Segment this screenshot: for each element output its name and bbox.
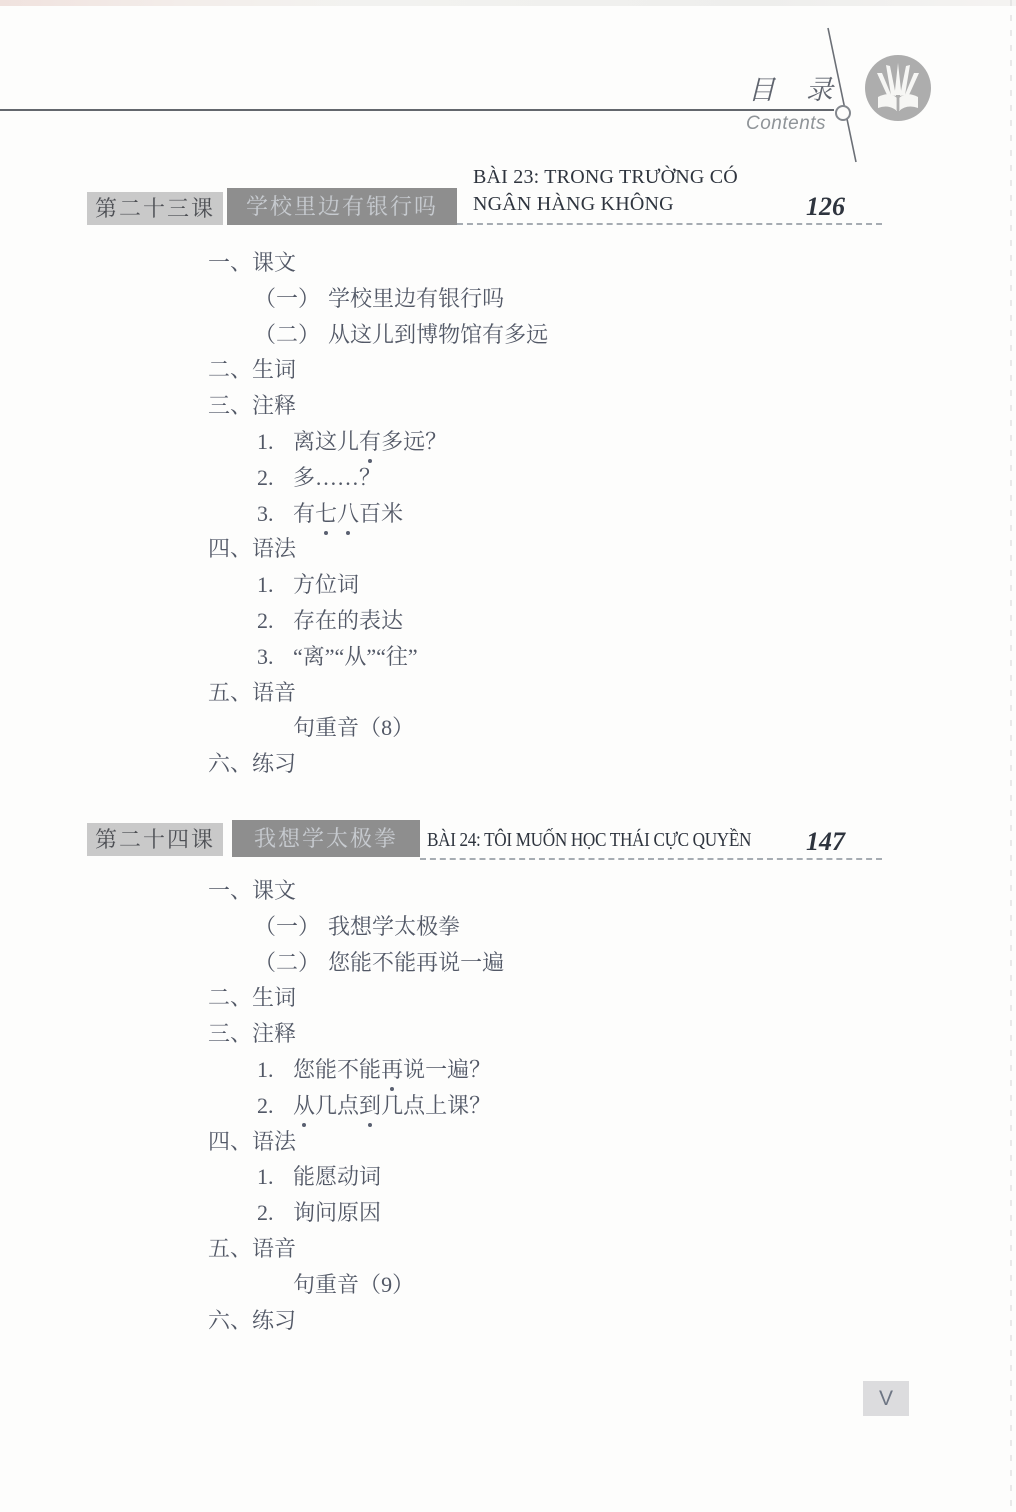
toc-item-text: 注释 [252,393,296,418]
toc-item-number: 三、 [208,393,252,418]
toc-item-number: 四、 [208,1129,252,1154]
toc-item-text: 句重音（8） [293,715,414,740]
toc-item: 一、课文 [208,874,768,910]
toc-item: 1.能愿动词 [208,1160,768,1196]
toc-item-number: （一） [254,914,320,939]
lesson-23-toc-list: 一、课文（一）学校里边有银行吗（二）从这儿到博物馆有多远二、生词三、注释1.离这… [208,246,768,783]
toc-item-number: 1. [257,572,281,598]
toc-item-number: （二） [254,950,320,975]
lesson-24-dotted-rule [420,858,882,860]
toc-item-number: 四、 [208,536,252,561]
toc-item-number: 3. [257,644,281,670]
toc-item: 六、练习 [208,1304,768,1340]
toc-item-text: 离这儿有多远？ [293,429,447,454]
toc-item: 2.存在的表达 [208,604,768,640]
toc-item-text: 从这儿到博物馆有多远 [328,322,548,347]
toc-item-number: 2. [257,465,281,491]
toc-item-text: “离”“从”“往” [293,644,418,669]
toc-item: 句重音（9） [208,1268,768,1304]
toc-item-number: 1. [257,429,281,455]
toc-item-number: 二、 [208,357,252,382]
toc-item-number: 二、 [208,985,252,1010]
toc-item-text: 询问原因 [293,1200,381,1225]
toc-item-text: 注释 [252,1021,296,1046]
toc-item-number: 2. [257,608,281,634]
toc-item-text: 课文 [252,250,296,275]
toc-item: 2.从几点到几点上课？ [208,1089,768,1125]
toc-item: 1.离这儿有多远？ [208,425,768,461]
publisher-book-logo-icon [863,53,933,123]
toc-item-number: 1. [257,1057,281,1083]
toc-item-text: 有七八百米 [293,501,403,526]
toc-item-number: 六、 [208,751,252,776]
toc-item-text: 我想学太极拳 [328,914,460,939]
toc-item-number: 一、 [208,250,252,275]
toc-item: 四、语法 [208,532,768,568]
toc-item-text: 多……？ [293,465,381,490]
toc-item-text: 方位词 [293,572,359,597]
scan-edge-artifact-right [1010,0,1012,1512]
lesson-24-title-box: 我想学太极拳 [232,820,420,857]
lesson-23-dotted-rule [457,223,882,225]
toc-item-number: 五、 [208,1236,252,1261]
toc-item-text: 语音 [252,680,296,705]
scanned-toc-page: 目 录 Contents 第二十三课 学校里边有银行吗 BÀI 23: TRON… [0,0,1016,1512]
toc-item: 三、注释 [208,389,768,425]
toc-item-number: 六、 [208,1308,252,1333]
toc-item-text: 学校里边有银行吗 [328,286,504,311]
toc-item: 句重音（8） [208,711,768,747]
toc-item-number: 2. [257,1093,281,1119]
lesson-23-vietnamese-title-line1: BÀI 23: TRONG TRƯỜNG CÓ [473,164,738,190]
lesson-23-number-box: 第二十三课 [87,192,223,225]
toc-item-number: 3. [257,501,281,527]
toc-item: 1.您能不能再说一遍？ [208,1053,768,1089]
page-number-badge: V [863,1381,909,1416]
toc-item: （二）您能不能再说一遍 [208,946,768,982]
toc-item-number: 1. [257,1164,281,1190]
toc-item: （一）学校里边有银行吗 [208,282,768,318]
toc-item-text: 存在的表达 [293,608,403,633]
scan-edge-artifact-top [0,0,1016,6]
toc-item-text: 句重音（9） [293,1272,414,1297]
toc-item-text: 能愿动词 [293,1164,381,1189]
toc-item-number: 三、 [208,1021,252,1046]
toc-item-number: （二） [254,322,320,347]
toc-item-text: 从几点到几点上课？ [293,1093,491,1118]
toc-item-text: 生词 [252,357,296,382]
toc-item-text: 语法 [252,1129,296,1154]
lesson-24-toc-list: 一、课文（一）我想学太极拳（二）您能不能再说一遍二、生词三、注释1.您能不能再说… [208,874,768,1339]
lesson-24-number-box: 第二十四课 [87,823,223,856]
toc-item-number: 2. [257,1200,281,1226]
toc-item-text: 练习 [252,751,296,776]
lesson-23-title-box: 学校里边有银行吗 [227,188,457,225]
toc-item-text: 您能不能再说一遍？ [293,1057,491,1082]
lesson-23-vietnamese-title-line2: NGÂN HÀNG KHÔNG [473,191,674,217]
toc-item-number: 五、 [208,680,252,705]
toc-item: 五、语音 [208,676,768,712]
toc-item-text: 语音 [252,1236,296,1261]
toc-item: 二、生词 [208,981,768,1017]
toc-item: 2.多……？ [208,461,768,497]
toc-item-text: 课文 [252,878,296,903]
toc-item: （二）从这儿到博物馆有多远 [208,318,768,354]
toc-item: 3.“离”“从”“往” [208,640,768,676]
lesson-24-page-number: 147 [806,827,845,857]
toc-item: 四、语法 [208,1125,768,1161]
toc-item: 五、语音 [208,1232,768,1268]
toc-item-text: 练习 [252,1308,296,1333]
toc-title-en: Contents [746,113,826,135]
toc-item: 三、注释 [208,1017,768,1053]
toc-item: 2.询问原因 [208,1196,768,1232]
toc-item-text: 语法 [252,536,296,561]
lesson-24-vietnamese-title: BÀI 24: TÔI MUỐN HỌC THÁI CỰC QUYỀN [427,827,751,853]
toc-item: 1.方位词 [208,568,768,604]
toc-item-number: （一） [254,286,320,311]
toc-item: 二、生词 [208,353,768,389]
toc-item: 3.有七八百米 [208,497,768,533]
lesson-23-page-number: 126 [806,192,845,222]
toc-item-number: 一、 [208,878,252,903]
toc-item-text: 您能不能再说一遍 [328,950,504,975]
header-rule [0,109,834,111]
toc-item-text: 生词 [252,985,296,1010]
toc-item: 一、课文 [208,246,768,282]
toc-item: （一）我想学太极拳 [208,910,768,946]
toc-item: 六、练习 [208,747,768,783]
